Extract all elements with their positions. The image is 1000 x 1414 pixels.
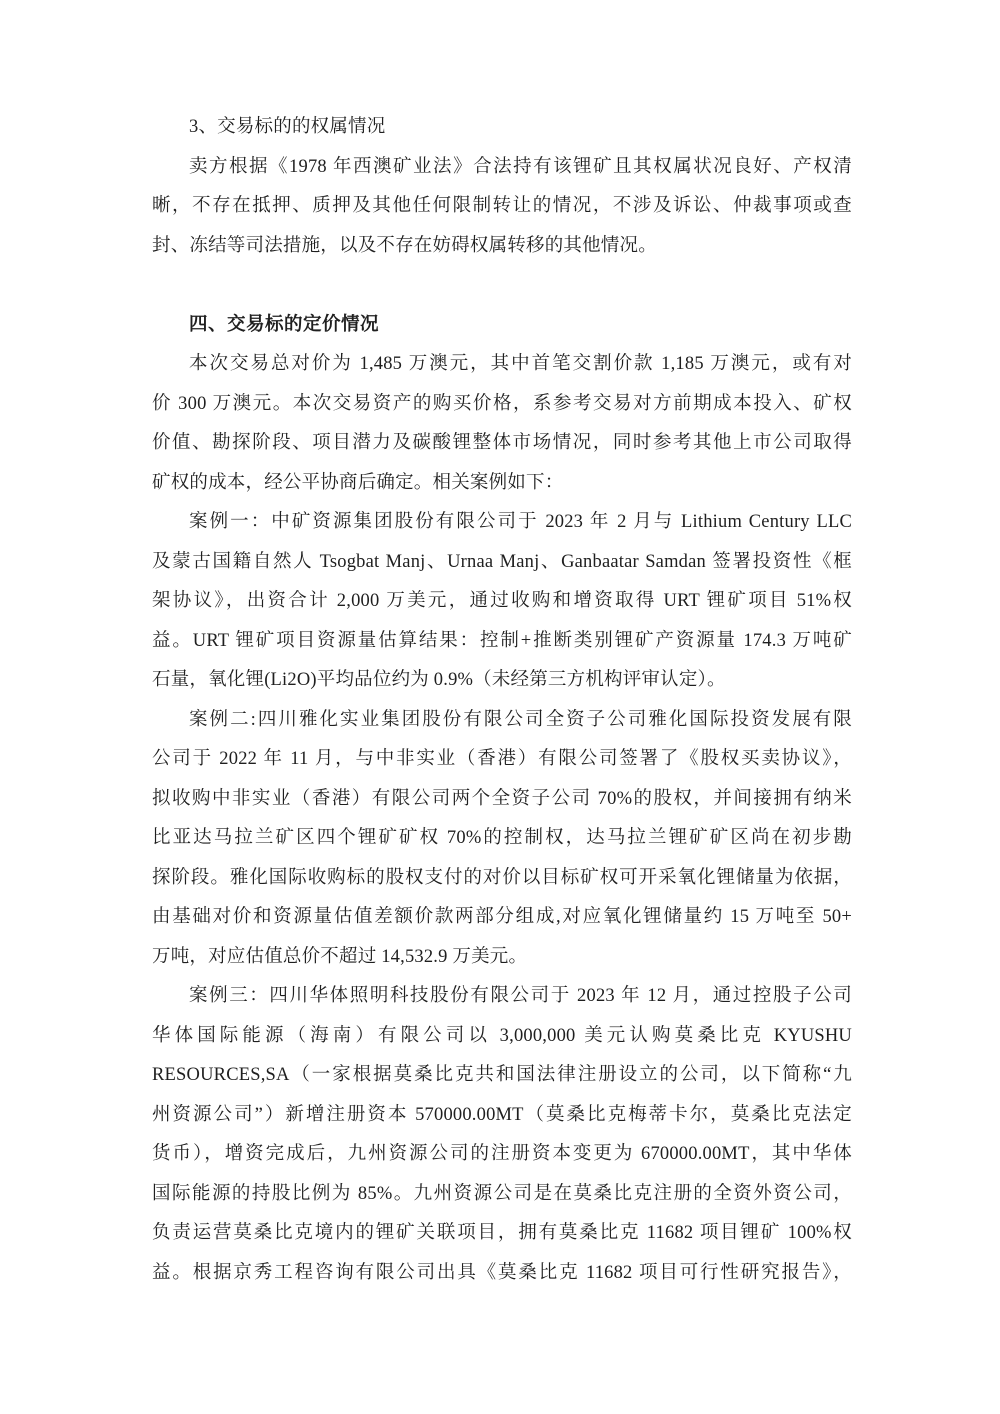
text-line: 及蒙古国籍自然人 Tsogbat Manj、Urnaa Manj、Ganbaat… [152,543,852,583]
text-line: 州资源公司”）新增注册资本 570000.00MT（莫桑比克梅蒂卡尔，莫桑比克法… [152,1096,852,1136]
section-heading: 四、交易标的定价情况 [152,306,852,346]
text-line: 矿权的成本，经公平协商后确定。相关案例如下： [152,464,852,504]
text-line: 比亚达马拉兰矿区四个锂矿矿权 70%的控制权，达马拉兰锂矿矿区尚在初步勘 [152,819,852,859]
paragraph: 案例三：四川华体照明科技股份有限公司于 2023 年 12 月，通过控股子公司华… [152,977,852,1293]
text-line: 3、交易标的的权属情况 [152,108,852,148]
text-line: 国际能源的持股比例为 85%。九州资源公司是在莫桑比克注册的全资外资公司， [152,1175,852,1215]
text-line: 价 300 万澳元。本次交易资产的购买价格，系参考交易对方前期成本投入、矿权 [152,385,852,425]
document-content: 3、交易标的的权属情况卖方根据《1978 年西澳矿业法》合法持有该锂矿且其权属状… [152,108,852,1293]
paragraph: 案例一：中矿资源集团股份有限公司于 2023 年 2 月与 Lithium Ce… [152,503,852,701]
paragraph: 案例二:四川雅化实业集团股份有限公司全资子公司雅化国际投资发展有限公司于 202… [152,701,852,978]
text-line: 晰，不存在抵押、质押及其他任何限制转让的情况，不涉及诉讼、仲裁事项或查 [152,187,852,227]
text-line: 公司于 2022 年 11 月，与中非实业（香港）有限公司签署了《股权买卖协议》… [152,740,852,780]
text-line: 拟收购中非实业（香港）有限公司两个全资子公司 70%的股权，并间接拥有纳米 [152,780,852,820]
document-page: 3、交易标的的权属情况卖方根据《1978 年西澳矿业法》合法持有该锂矿且其权属状… [0,0,1000,1414]
paragraph: 卖方根据《1978 年西澳矿业法》合法持有该锂矿且其权属状况良好、产权清晰，不存… [152,148,852,267]
text-line: 封、冻结等司法措施，以及不存在妨碍权属转移的其他情况。 [152,227,852,267]
text-line: 探阶段。雅化国际收购标的股权支付的对价以目标矿权可开采氧化锂储量为依据， [152,859,852,899]
text-line: 四、交易标的定价情况 [152,306,852,346]
text-line: 由基础对价和资源量估值差额价款两部分组成,对应氧化锂储量约 15 万吨至 50+ [152,898,852,938]
text-line: 本次交易总对价为 1,485 万澳元，其中首笔交割价款 1,185 万澳元，或有… [152,345,852,385]
text-line: RESOURCES,SA（一家根据莫桑比克共和国法律注册设立的公司，以下简称“九 [152,1056,852,1096]
text-line: 益。URT 锂矿项目资源量估算结果：控制+推断类别锂矿产资源量 174.3 万吨… [152,622,852,662]
paragraph: 本次交易总对价为 1,485 万澳元，其中首笔交割价款 1,185 万澳元，或有… [152,345,852,503]
text-line: 益。根据京秀工程咨询有限公司出具《莫桑比克 11682 项目可行性研究报告》， [152,1254,852,1294]
text-line: 案例一：中矿资源集团股份有限公司于 2023 年 2 月与 Lithium Ce… [152,503,852,543]
text-line: 价值、勘探阶段、项目潜力及碳酸锂整体市场情况，同时参考其他上市公司取得 [152,424,852,464]
text-line: 案例二:四川雅化实业集团股份有限公司全资子公司雅化国际投资发展有限 [152,701,852,741]
text-line: 石量，氧化锂(Li2O)平均品位约为 0.9%（未经第三方机构评审认定）。 [152,661,852,701]
text-line: 卖方根据《1978 年西澳矿业法》合法持有该锂矿且其权属状况良好、产权清 [152,148,852,188]
text-line: 负责运营莫桑比克境内的锂矿关联项目，拥有莫桑比克 11682 项目锂矿 100%… [152,1214,852,1254]
text-line: 万吨，对应估值总价不超过 14,532.9 万美元。 [152,938,852,978]
text-line: 华体国际能源（海南）有限公司以 3,000,000 美元认购莫桑比克 KYUSH… [152,1017,852,1057]
text-line: 架协议》，出资合计 2,000 万美元，通过收购和增资取得 URT 锂矿项目 5… [152,582,852,622]
paragraph-spacer [152,266,852,306]
sub-heading: 3、交易标的的权属情况 [152,108,852,148]
text-line: 案例三：四川华体照明科技股份有限公司于 2023 年 12 月，通过控股子公司 [152,977,852,1017]
text-line: 货币），增资完成后，九州资源公司的注册资本变更为 670000.00MT，其中华… [152,1135,852,1175]
